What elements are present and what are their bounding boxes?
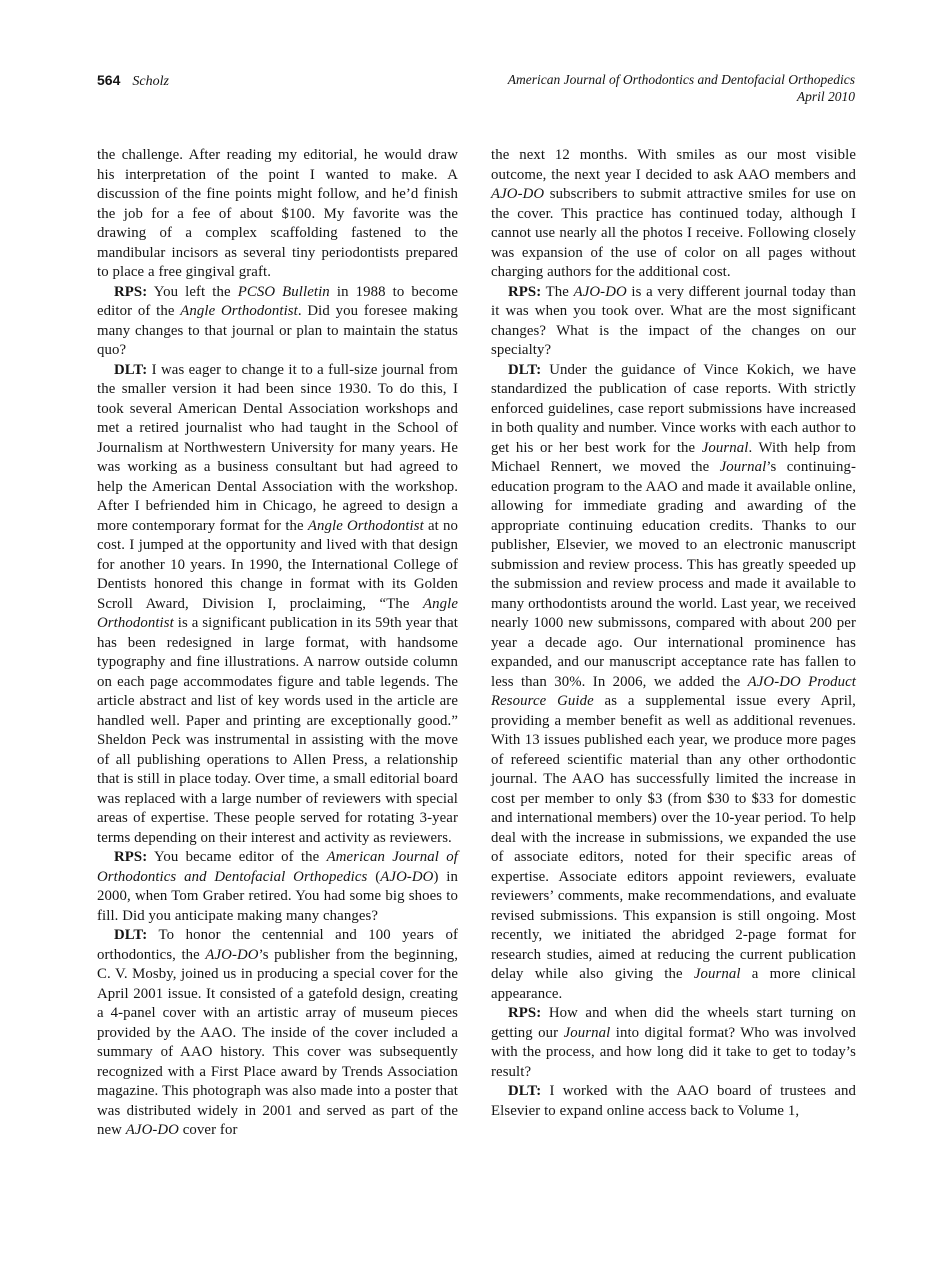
speaker-label: RPS: xyxy=(508,1005,541,1021)
paragraph: DLT: Under the guidance of Vince Kokich,… xyxy=(491,361,856,1005)
italic-title: AJO-DO xyxy=(574,284,627,300)
italic-title: Journal xyxy=(564,1025,611,1041)
text-run: I was eager to change it to a full-size … xyxy=(97,362,458,534)
left-column: the challenge. After reading my editoria… xyxy=(97,146,458,1141)
running-head-right: American Journal of Orthodontics and Den… xyxy=(508,72,855,105)
italic-title: Journal xyxy=(694,966,741,982)
paragraph: DLT: To honor the centennial and 100 yea… xyxy=(97,926,458,1141)
paragraph: RPS: You became editor of the American J… xyxy=(97,848,458,926)
speaker-label: DLT: xyxy=(508,362,541,378)
speaker-label: DLT: xyxy=(114,927,147,943)
text-run: cover for xyxy=(179,1122,238,1138)
paragraph: RPS: You left the PCSO Bulletin in 1988 … xyxy=(97,283,458,361)
paragraph: DLT: I was eager to change it to a full-… xyxy=(97,361,458,849)
italic-title: AJO-DO xyxy=(491,186,544,202)
text-run: the challenge. After reading my editoria… xyxy=(97,147,458,280)
italic-title: AJO-DO xyxy=(126,1122,179,1138)
article-body: the challenge. After reading my editoria… xyxy=(97,146,856,1141)
paragraph: RPS: How and when did the wheels start t… xyxy=(491,1004,856,1082)
journal-page: 564Scholz American Journal of Orthodonti… xyxy=(0,0,950,1272)
text-run: ’s continuing-education program to the A… xyxy=(491,459,856,690)
italic-title: Journal xyxy=(720,459,767,475)
text-run: ’s publisher from the beginning, C. V. M… xyxy=(97,947,458,1139)
italic-title: Angle Orthodontist xyxy=(180,303,298,319)
issue-date: April 2010 xyxy=(508,89,855,106)
speaker-label: RPS: xyxy=(508,284,541,300)
running-author: Scholz xyxy=(132,74,169,89)
speaker-label: RPS: xyxy=(114,849,147,865)
running-head: 564Scholz American Journal of Orthodonti… xyxy=(97,72,855,105)
right-column: the next 12 months. With smiles as our m… xyxy=(491,146,856,1141)
paragraph: the next 12 months. With smiles as our m… xyxy=(491,146,856,283)
italic-title: Journal xyxy=(702,440,749,456)
text-run: the next 12 months. With smiles as our m… xyxy=(491,147,856,183)
italic-title: Angle Orthodontist xyxy=(308,518,424,534)
speaker-label: DLT: xyxy=(114,362,147,378)
paragraph: RPS: The AJO-DO is a very different jour… xyxy=(491,283,856,361)
running-head-left: 564Scholz xyxy=(97,72,169,90)
text-run: You left the xyxy=(147,284,237,300)
text-run: You became editor of the xyxy=(147,849,326,865)
speaker-label: DLT: xyxy=(508,1083,541,1099)
italic-title: AJO-DO xyxy=(380,869,433,885)
page-number: 564 xyxy=(97,72,120,88)
italic-title: PCSO Bulletin xyxy=(238,284,330,300)
journal-title: American Journal of Orthodontics and Den… xyxy=(508,72,855,89)
text-run: ( xyxy=(367,869,380,885)
italic-title: AJO-DO xyxy=(205,947,258,963)
paragraph: DLT: I worked with the AAO board of trus… xyxy=(491,1082,856,1121)
text-run: is a significant publication in its 59th… xyxy=(97,615,458,846)
text-run: as a supplemental issue every April, pro… xyxy=(491,693,856,982)
paragraph: the challenge. After reading my editoria… xyxy=(97,146,458,283)
text-run: subscribers to submit attractive smiles … xyxy=(491,186,856,280)
text-run: The xyxy=(541,284,573,300)
speaker-label: RPS: xyxy=(114,284,147,300)
text-run: I worked with the AAO board of trustees … xyxy=(491,1083,856,1119)
